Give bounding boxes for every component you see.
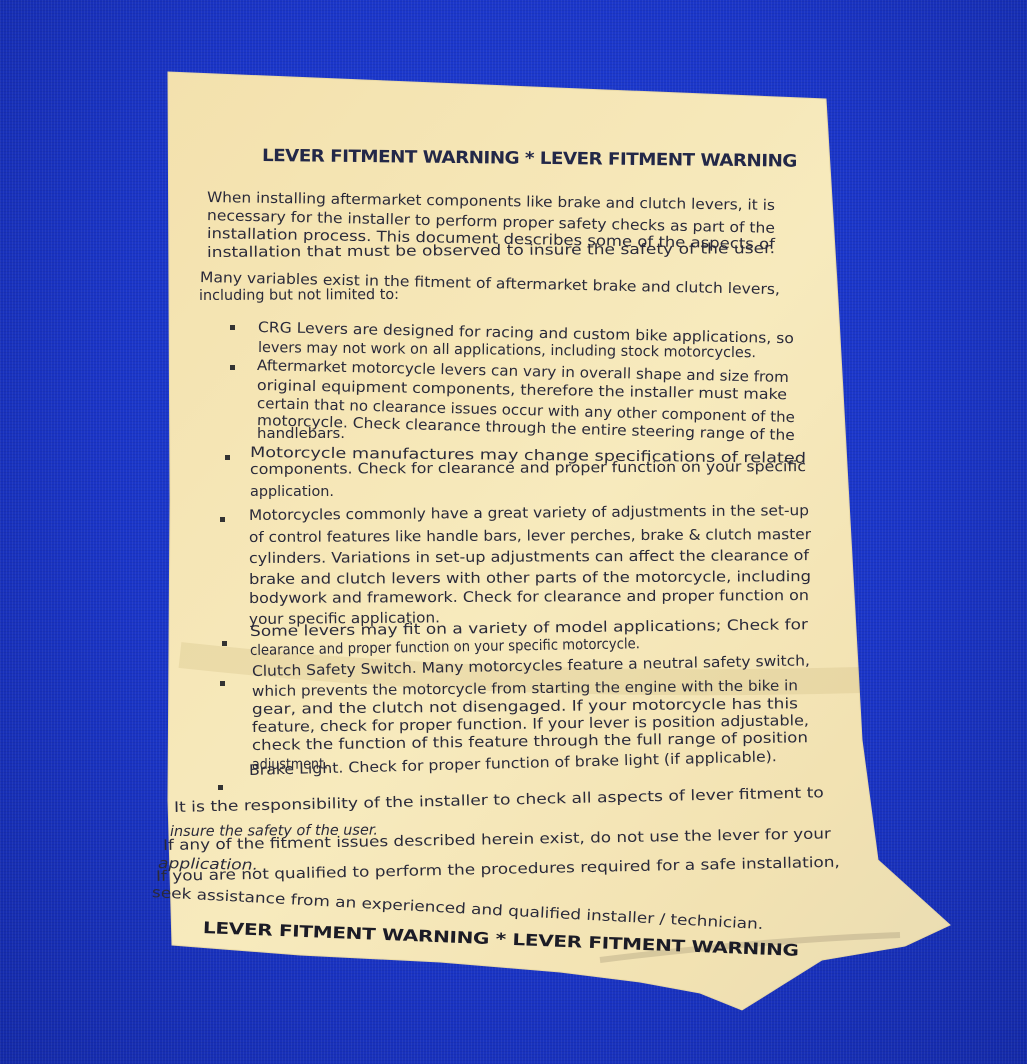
bullet-icon — [230, 365, 235, 370]
bullet-item-line: handlebars. — [257, 426, 345, 442]
bullet-icon — [222, 641, 227, 646]
bullet-item-line: cylinders. Variations in set-up adjustme… — [249, 548, 809, 567]
bullet-icon — [220, 517, 225, 522]
bullet-item-line: bodywork and framework. Check for cleara… — [249, 588, 809, 607]
bullet-icon — [220, 681, 225, 686]
bullet-item-line: of control features like handle bars, le… — [249, 527, 811, 546]
warning-paper-sheet: LEVER FITMENT WARNING * LEVER FITMENT WA… — [0, 0, 1027, 1064]
bullet-item-line: components. Check for clearance and prop… — [250, 459, 806, 478]
bullet-item-line: application. — [250, 484, 334, 500]
variables-intro-line: including but not limited to: — [199, 287, 399, 304]
bullet-item-line: brake and clutch levers with other parts… — [249, 569, 811, 588]
bullet-icon — [225, 455, 230, 460]
bullet-icon — [230, 325, 235, 330]
bullet-icon — [218, 785, 223, 790]
